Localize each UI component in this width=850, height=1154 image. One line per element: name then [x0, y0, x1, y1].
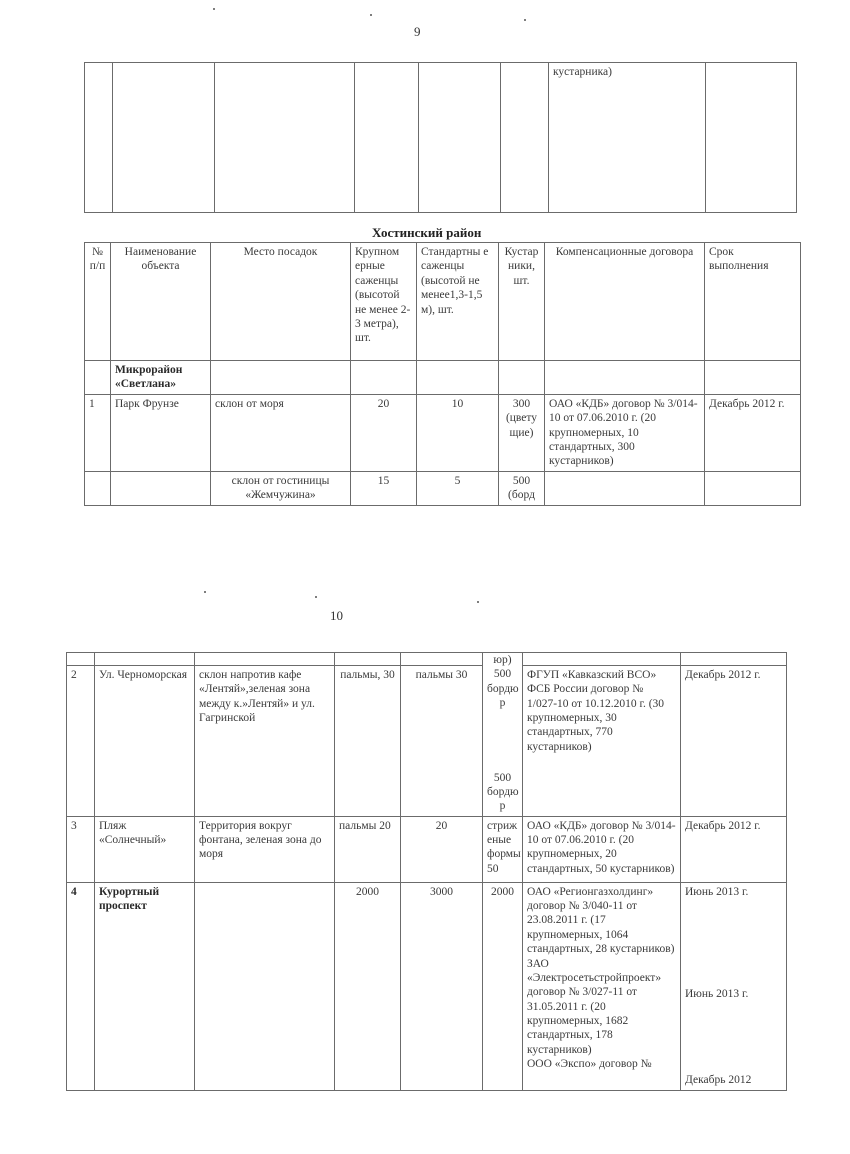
- contract-2: ЗАО «Электросетьстройпроект» договор № 3…: [527, 957, 676, 1058]
- cell: [499, 361, 545, 395]
- row-contract: [545, 471, 705, 505]
- cell: [85, 361, 111, 395]
- table-row: склон от гостиницы «Жемчужина» 15 5 500 …: [85, 471, 801, 505]
- scan-speck: [204, 591, 206, 593]
- row-deadline: Декабрь 2012 г.: [681, 665, 787, 816]
- contract-1: ОАО «Регионгазхолдинг» договор № 3/040-1…: [527, 885, 676, 957]
- row-place: склон от гостиницы «Жемчужина»: [211, 471, 351, 505]
- deadline-3: Декабрь 2012: [685, 1073, 782, 1087]
- row-large: 15: [351, 471, 417, 505]
- row-large: 20: [351, 394, 417, 471]
- cell: [355, 63, 419, 213]
- cell: [419, 63, 501, 213]
- row-name: Ул. Черноморская: [95, 665, 195, 816]
- table-row: 1 Парк Фрунзе склон от моря 20 10 300 (ц…: [85, 394, 801, 471]
- row-large: пальмы, 30: [335, 665, 401, 816]
- cell: [706, 63, 797, 213]
- row-num: 1: [85, 394, 111, 471]
- table-row: 3 Пляж «Солнечный» Территория вокруг фон…: [67, 816, 787, 882]
- cell: [401, 653, 483, 666]
- scan-speck: [315, 596, 317, 598]
- row-shrubs: 2000: [483, 882, 523, 1090]
- row-deadlines: Июнь 2013 г. Июнь 2013 г. Декабрь 2012: [681, 882, 787, 1090]
- cell: [351, 361, 417, 395]
- row-standard: 20: [401, 816, 483, 882]
- cell: [195, 653, 335, 666]
- page-number: 9: [414, 24, 421, 40]
- carryover-table-top: кустарника): [84, 62, 797, 213]
- row-num: [85, 471, 111, 505]
- row-shrubs: 300 (цвету щие): [499, 394, 545, 471]
- row-num: 3: [67, 816, 95, 882]
- cell: [67, 653, 95, 666]
- row-deadline: Декабрь 2012 г.: [705, 394, 801, 471]
- shrubs-1: 500 бордю р: [487, 667, 518, 710]
- planting-table-page10: юр) 500 бордю р 500 бордю р 2 Ул. Черном…: [66, 652, 787, 1091]
- row-name: Курортный проспект: [95, 882, 195, 1090]
- section-title: Хостинский район: [372, 225, 481, 241]
- row-name: [111, 471, 211, 505]
- row-deadline: Декабрь 2012 г.: [681, 816, 787, 882]
- scan-speck: [213, 8, 215, 10]
- table-row: 4 Курортный проспект 2000 3000 2000 ОАО …: [67, 882, 787, 1090]
- row-place: Территория вокруг фонтана, зеленая зона …: [195, 816, 335, 882]
- header-place: Место посадок: [211, 243, 351, 361]
- cell: [523, 653, 681, 666]
- cell: [545, 361, 705, 395]
- row-standard: 10: [417, 394, 499, 471]
- cell: [113, 63, 215, 213]
- carryover-text: юр): [487, 653, 518, 667]
- row-contract: ОАО «КДБ» договор № 3/014-10 от 07.06.20…: [545, 394, 705, 471]
- row-contracts: ОАО «Регионгазхолдинг» договор № 3/040-1…: [523, 882, 681, 1090]
- table-row: 2 Ул. Черноморская склон напротив кафе «…: [67, 665, 787, 816]
- row-name: Пляж «Солнечный»: [95, 816, 195, 882]
- scan-speck: [477, 601, 479, 603]
- row-deadline: [705, 471, 801, 505]
- header-contracts: Компенсационные договора: [545, 243, 705, 361]
- cell: [85, 63, 113, 213]
- cell: [215, 63, 355, 213]
- cell: [417, 361, 499, 395]
- row-shrubs: стриж еные формы 50: [483, 816, 523, 882]
- deadline-1: Июнь 2013 г.: [685, 885, 782, 899]
- header-deadline: Срок выполнения: [705, 243, 801, 361]
- cell: [211, 361, 351, 395]
- cell: [501, 63, 549, 213]
- contract-3: ООО «Экспо» договор №: [527, 1057, 676, 1071]
- row-place: склон от моря: [211, 394, 351, 471]
- group-name: Микрорайон «Светлана»: [111, 361, 211, 395]
- shrubs-2: 500 бордю р: [487, 771, 518, 814]
- header-shrubs: Кустар ники, шт.: [499, 243, 545, 361]
- row-large: пальмы 20: [335, 816, 401, 882]
- cell: [335, 653, 401, 666]
- scan-speck: [524, 19, 526, 21]
- row-contract: ФГУП «Кавказский ВСО» ФСБ России договор…: [523, 665, 681, 816]
- row-standard: 3000: [401, 882, 483, 1090]
- row-shrubs: 500 (борд: [499, 471, 545, 505]
- cell: [95, 653, 195, 666]
- row-place: склон напротив кафе «Лентяй»,зеленая зон…: [195, 665, 335, 816]
- row-place: [195, 882, 335, 1090]
- header-large: Крупном ерные саженцы (высотой не менее …: [351, 243, 417, 361]
- row-num: 2: [67, 665, 95, 816]
- row-standard: 5: [417, 471, 499, 505]
- page-number: 10: [330, 608, 343, 624]
- cell: [681, 653, 787, 666]
- header-num: № п/п: [85, 243, 111, 361]
- cell: [705, 361, 801, 395]
- header-name: Наименование объекта: [111, 243, 211, 361]
- row-contract: ОАО «КДБ» договор № 3/014-10 от 07.06.20…: [523, 816, 681, 882]
- row-standard: пальмы 30: [401, 665, 483, 816]
- planting-table-page9: № п/п Наименование объекта Место посадок…: [84, 242, 801, 506]
- scan-speck: [370, 14, 372, 16]
- contract-cell: кустарника): [549, 63, 706, 213]
- header-standard: Стандартны е саженцы (высотой не менее1,…: [417, 243, 499, 361]
- row-shrubs: юр) 500 бордю р 500 бордю р: [483, 653, 523, 817]
- deadline-2: Июнь 2013 г.: [685, 987, 782, 1001]
- row-name: Парк Фрунзе: [111, 394, 211, 471]
- row-large: 2000: [335, 882, 401, 1090]
- row-num: 4: [67, 882, 95, 1090]
